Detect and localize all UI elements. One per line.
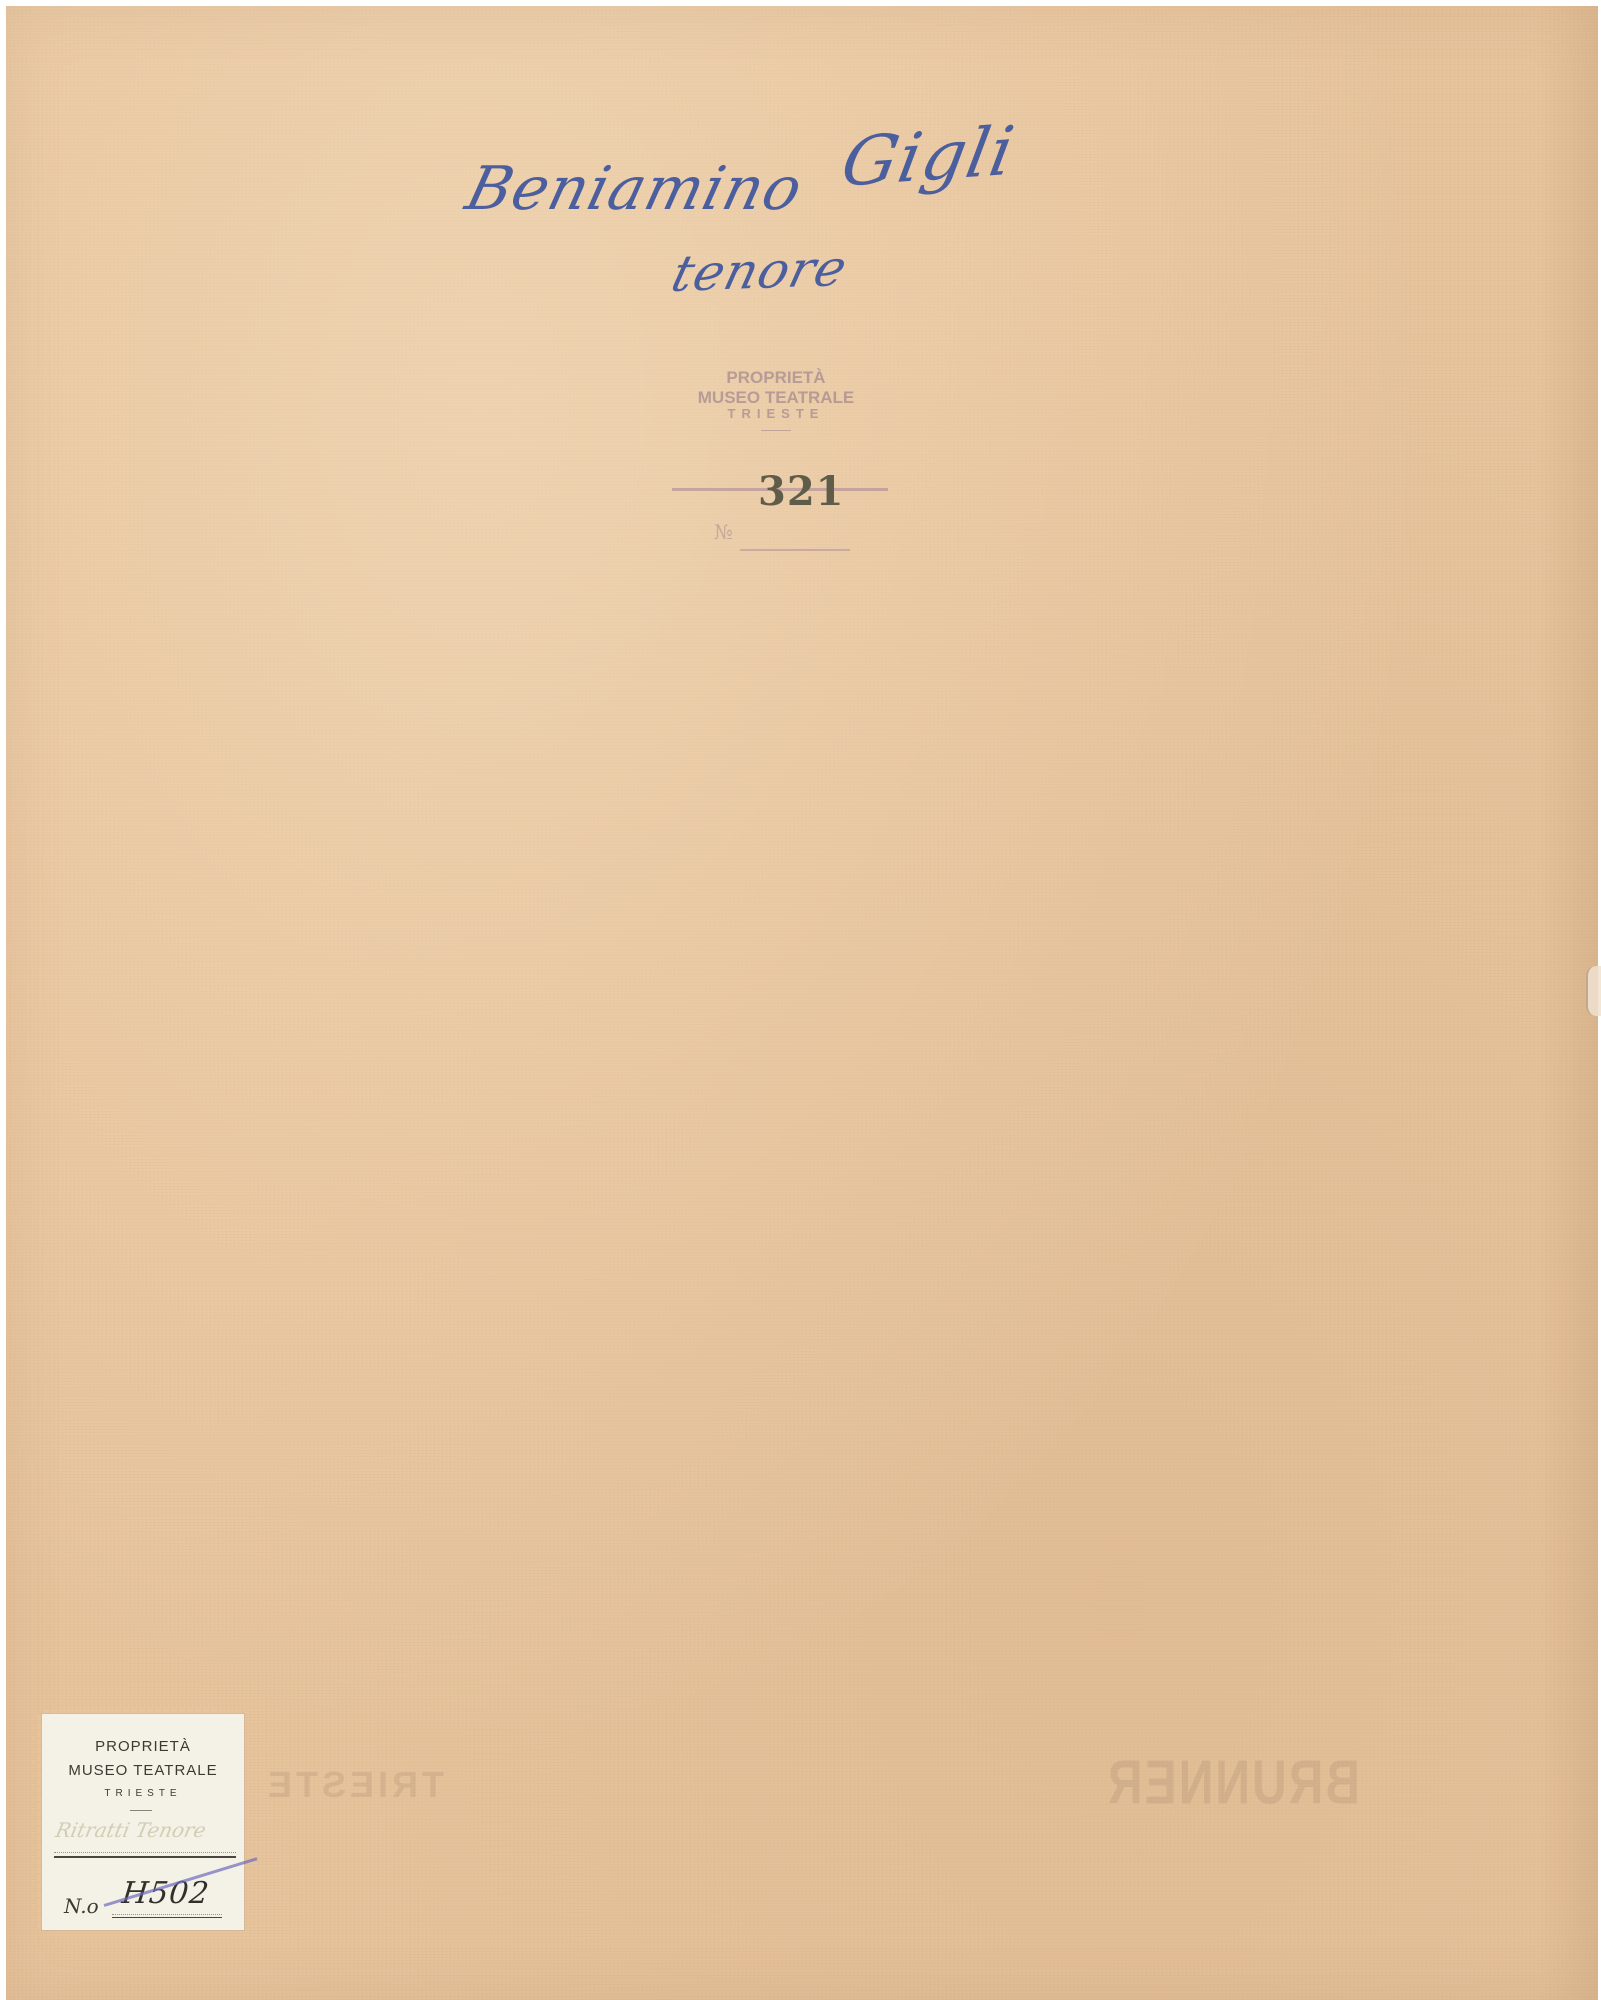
label-divider [130,1810,152,1811]
inventory-number: 321 [758,468,845,515]
label-number-dotted-rule [112,1914,222,1915]
stamp-line-ownership: PROPRIETÀ [656,368,896,388]
stamp-divider [761,430,791,431]
stamp-line-city: TRIESTE [656,407,896,422]
bleed-through-text-right: BRUNNER [1106,1748,1360,1820]
museum-ink-stamp: PROPRIETÀ MUSEO TEATRALE TRIESTE [656,368,896,431]
label-number-solid-rule [112,1917,222,1918]
museum-property-label: PROPRIETÀ MUSEO TEATRALE TRIESTE Ritratt… [42,1714,244,1930]
handwritten-last-name: Gigli [836,112,1021,203]
handwritten-first-name: Beniamino [459,154,810,224]
label-city: TRIESTE [42,1788,244,1799]
label-number-prefix: N.o [64,1894,99,1918]
handwritten-role: tenore [666,239,854,303]
bleed-through-text-left: TRIESTE [264,1764,444,1806]
label-solid-rule [54,1856,236,1858]
stamp-line-museum: MUSEO TEATRALE [656,388,896,408]
label-museum-name: MUSEO TEATRALE [42,1762,244,1779]
page-edge-notch [1586,966,1601,1016]
inventory-rule-bottom [740,549,850,551]
label-category-pencil: Ritratti Tenore [53,1818,208,1842]
label-dotted-rule [54,1852,236,1853]
folder-cover-page: Beniamino Gigli tenore PROPRIETÀ MUSEO T… [6,6,1598,2000]
label-catalog-number: H502 [120,1876,211,1911]
inventory-number-prefix: № [714,520,733,544]
label-ownership: PROPRIETÀ [42,1738,244,1755]
